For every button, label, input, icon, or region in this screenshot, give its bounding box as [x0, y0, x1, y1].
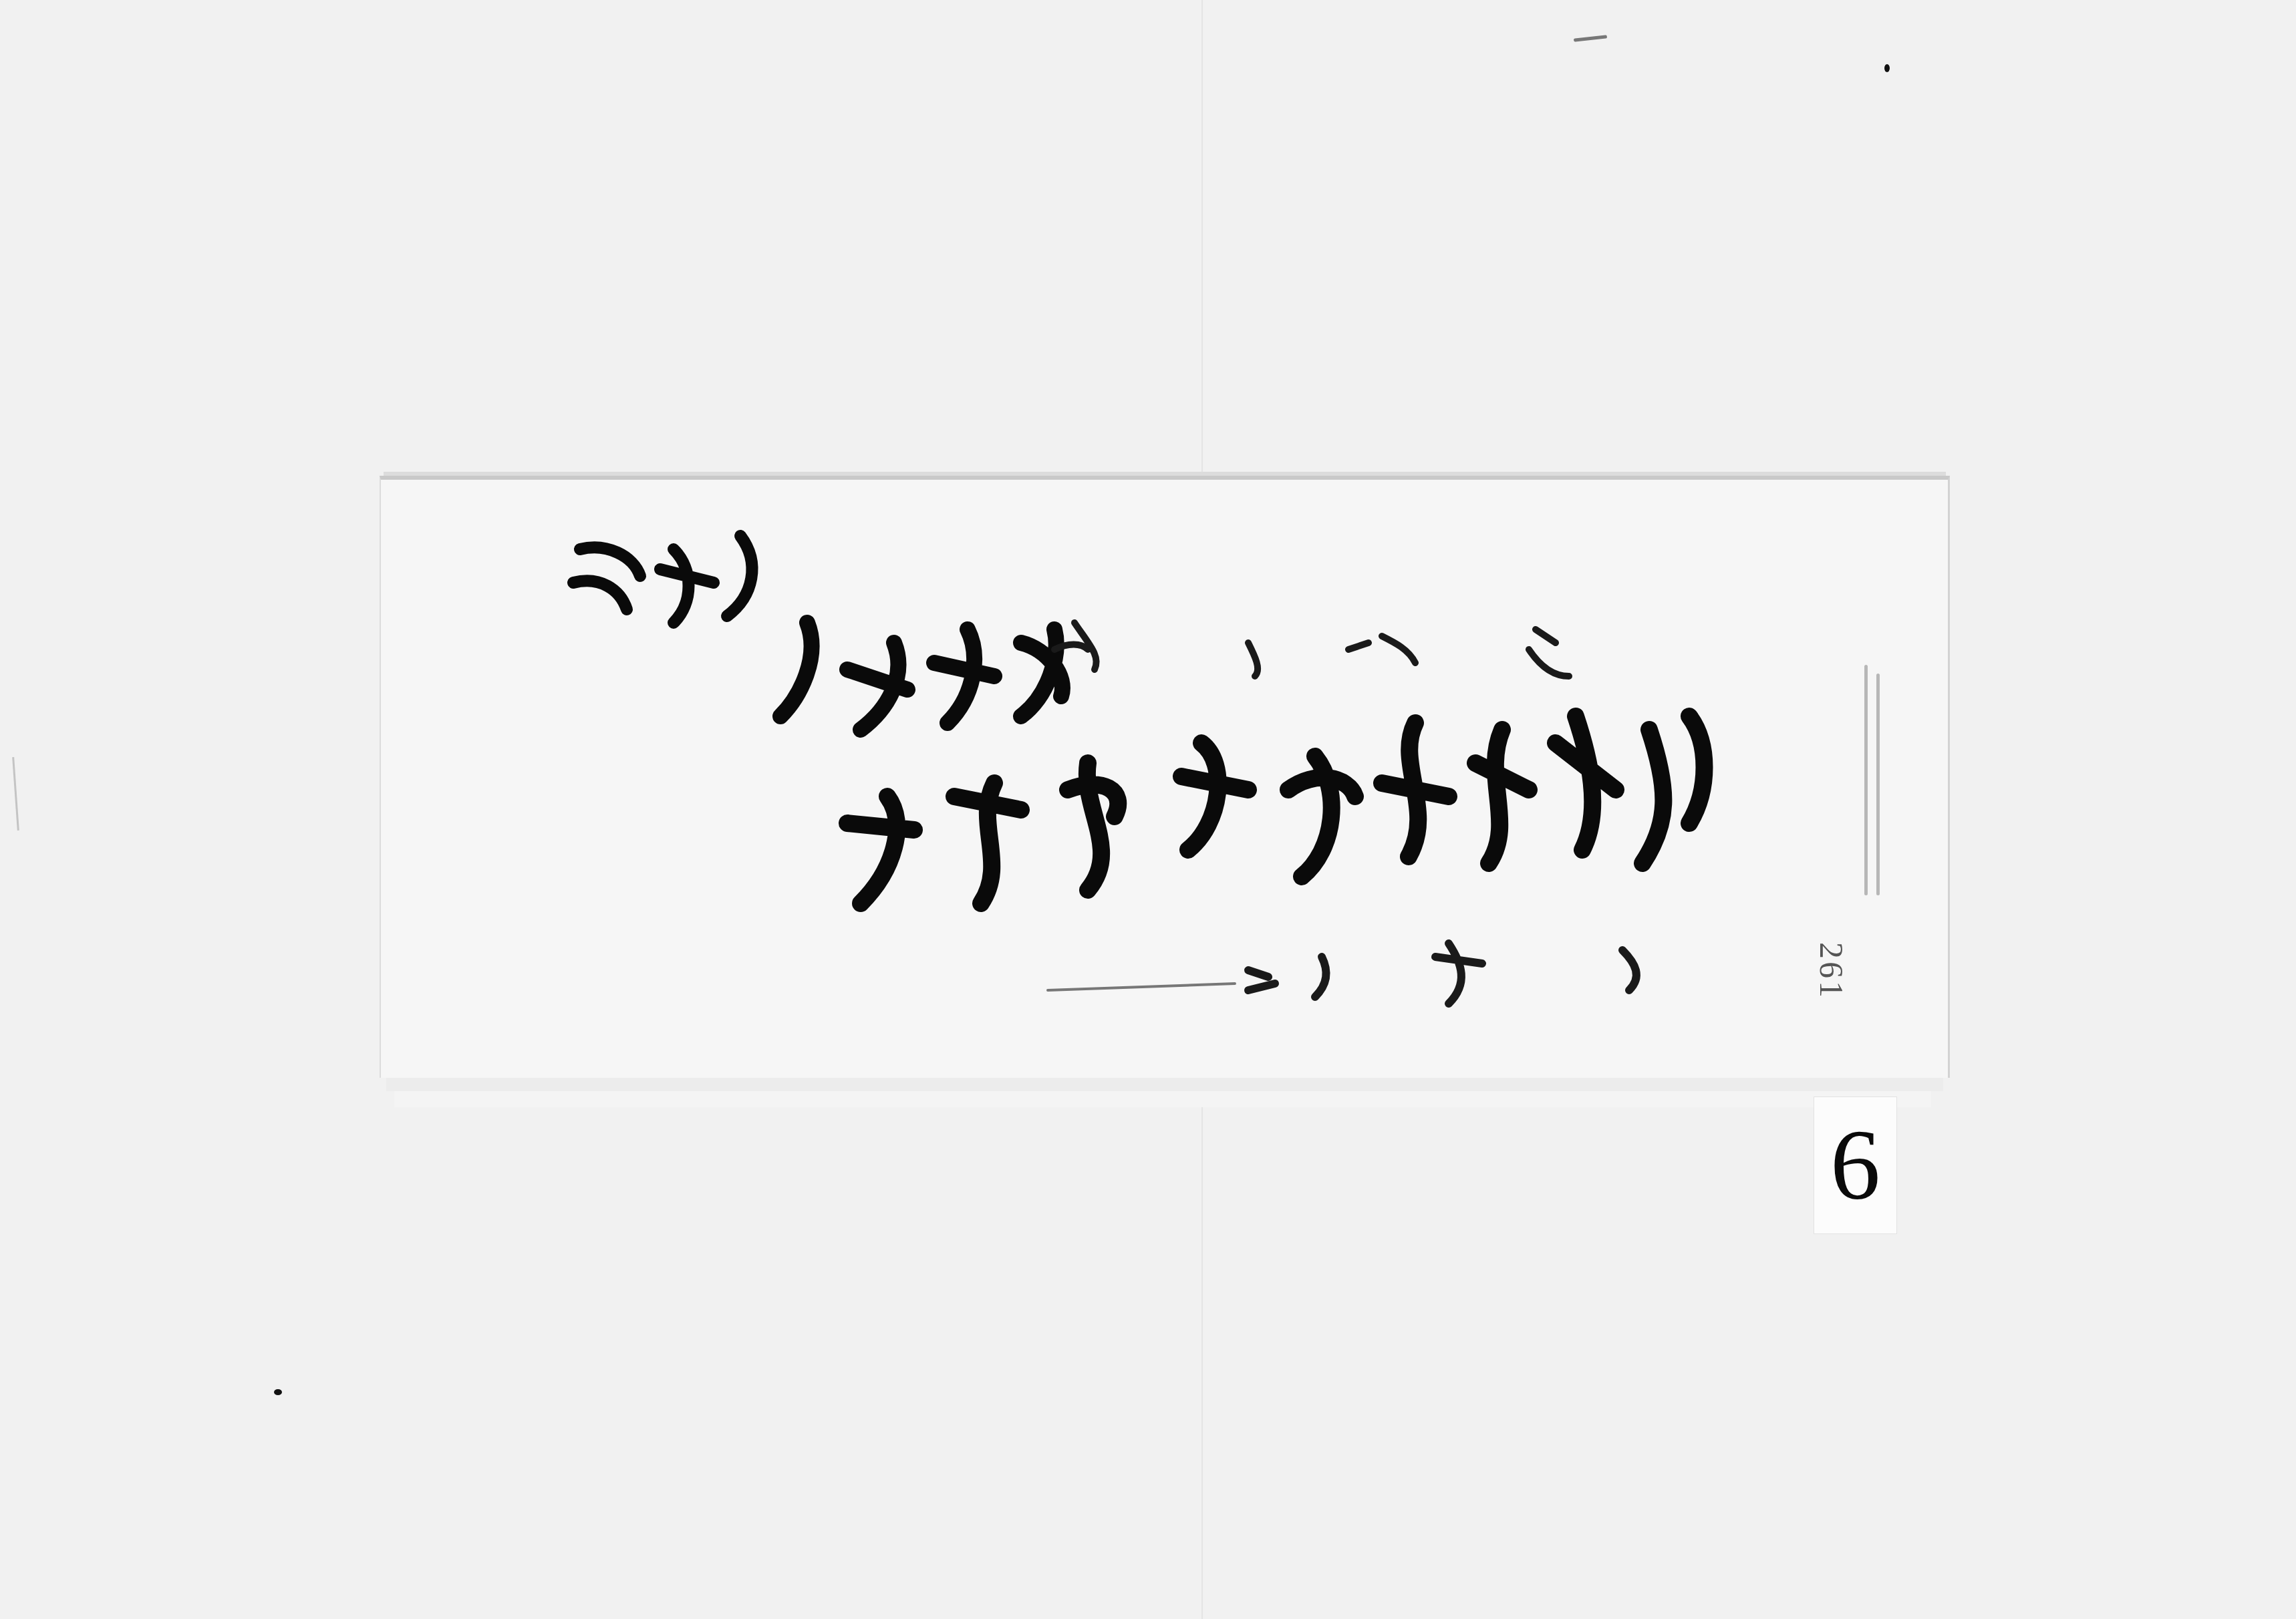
scan-speck — [274, 1389, 282, 1395]
scan-mark-left — [12, 757, 19, 831]
lower-annotation-column — [1048, 943, 1636, 1004]
item-number: 6 — [1830, 1115, 1880, 1215]
pencil-page-number: 261 — [1812, 942, 1851, 1000]
sender-column — [573, 536, 752, 623]
scan-mark-dash — [1574, 35, 1607, 41]
item-number-label: 6 — [1814, 1096, 1897, 1234]
scan-speck — [1884, 64, 1890, 72]
calligraphy-ink — [380, 476, 1947, 1074]
main-title-column — [847, 716, 1705, 903]
addressee-column — [780, 623, 1062, 730]
upper-annotation-column — [1054, 623, 1569, 676]
